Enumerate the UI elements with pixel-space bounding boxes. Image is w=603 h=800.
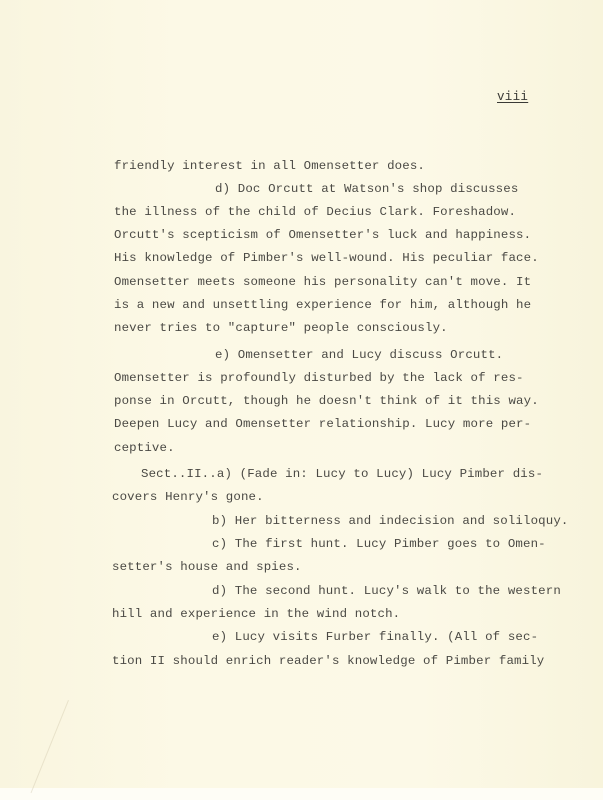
text-line: Omensetter meets someone his personality…	[114, 275, 531, 289]
text-line: Orcutt's scepticism of Omensetter's luck…	[114, 228, 531, 242]
text-line: covers Henry's gone.	[112, 490, 264, 504]
text-line: tion II should enrich reader's knowledge…	[112, 654, 544, 668]
text-line: d) The second hunt. Lucy's walk to the w…	[212, 584, 561, 598]
page-number: viii	[497, 90, 528, 104]
text-line: e) Omensetter and Lucy discuss Orcutt.	[215, 348, 503, 362]
text-line: the illness of the child of Decius Clark…	[114, 205, 516, 219]
text-line: never tries to "capture" people consciou…	[114, 321, 448, 335]
text-line: Deepen Lucy and Omensetter relationship.…	[114, 417, 531, 431]
text-line: b) Her bitterness and indecision and sol…	[212, 514, 569, 528]
text-line: c) The first hunt. Lucy Pimber goes to O…	[212, 537, 546, 551]
text-line: is a new and unsettling experience for h…	[114, 298, 531, 312]
text-line: ceptive.	[114, 441, 175, 455]
text-line: e) Lucy visits Furber finally. (All of s…	[212, 630, 538, 644]
text-line: hill and experience in the wind notch.	[112, 607, 400, 621]
text-line: Omensetter is profoundly disturbed by th…	[114, 371, 524, 385]
text-line: friendly interest in all Omensetter does…	[114, 159, 425, 173]
scan-margin	[0, 788, 603, 800]
text-line: Sect..II..a) (Fade in: Lucy to Lucy) Luc…	[141, 467, 543, 481]
text-line: His knowledge of Pimber's well-wound. Hi…	[114, 251, 539, 265]
text-line: ponse in Orcutt, though he doesn't think…	[114, 394, 539, 408]
text-line: d) Doc Orcutt at Watson's shop discusses	[215, 182, 518, 196]
text-line: setter's house and spies.	[112, 560, 302, 574]
